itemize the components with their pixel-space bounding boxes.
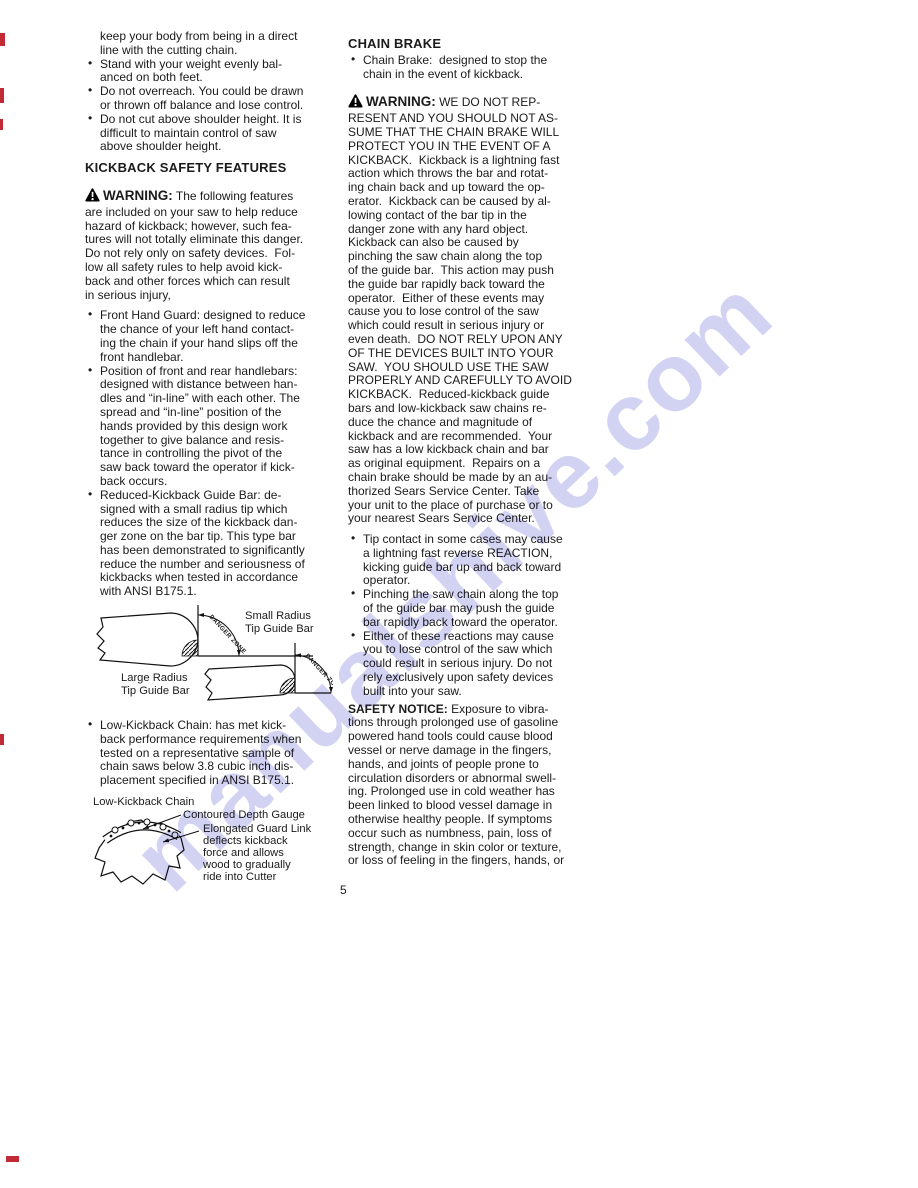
text-line: in serious injury,: [85, 289, 337, 303]
text-line: SAW. YOU SHOULD USE THE SAW: [348, 361, 600, 375]
text-line: reduces the size of the kickback dan-: [100, 516, 337, 530]
text-line: your nearest Sears Service Center.: [348, 512, 600, 526]
text-line: thorized Sears Service Center. Take: [348, 485, 600, 499]
guard-link-label-line3: force and allows: [203, 847, 284, 859]
paragraph-continuation: keep your body from being in a directlin…: [85, 30, 337, 58]
depth-gauge-label: Contoured Depth Gauge: [183, 809, 305, 821]
text-line: saw back toward the operator if kick-: [100, 461, 337, 475]
text-line: duce the chance and magnitude of: [348, 416, 600, 430]
text-line: vessel or nerve damage in the fingers,: [348, 744, 600, 758]
text-line: lowing contact of the bar tip in the: [348, 209, 600, 223]
text-line: reduce the number and seriousness of: [100, 558, 337, 572]
text-line: WARNING: The following features: [85, 188, 337, 206]
text-line: Front Hand Guard: designed to reduce: [100, 309, 337, 323]
text-line: erator. Kickback can be caused by al-: [348, 195, 600, 209]
section-heading: KICKBACK SAFETY FEATURES: [85, 161, 337, 175]
bullet-item: •Pinching the saw chain along the topof …: [348, 588, 600, 629]
text-line: ger zone on the bar tip. This type bar: [100, 530, 337, 544]
notice-block: SAFETY NOTICE: Exposure to vibra-tions t…: [348, 703, 600, 869]
text-line: Position of front and rear handlebars:: [100, 365, 337, 379]
text-line: Kickback can also be caused by: [348, 236, 600, 250]
text-line: are included on your saw to help reduce: [85, 206, 337, 220]
bullet-marker: •: [351, 587, 355, 601]
text-line: back occurs.: [100, 475, 337, 489]
bullet-item: •Position of front and rear handlebars:d…: [85, 365, 337, 489]
text-line: PROTECT YOU IN THE EVENT OF A: [348, 140, 600, 154]
text-line: the chance of your left hand contact-: [100, 323, 337, 337]
text-line: Pinching the saw chain along the top: [363, 588, 600, 602]
text-line: KICKBACK. Reduced-kickback guide: [348, 388, 600, 402]
text-line: ing chain back and up toward the op-: [348, 181, 600, 195]
warning-block: WARNING: WE DO NOT REP-RESENT AND YOU SH…: [348, 94, 600, 526]
page-number: 5: [340, 883, 347, 897]
manual-page: manualshive.com keep your body from bein…: [0, 0, 918, 1188]
bullet-marker: •: [351, 53, 355, 67]
text-line: bar rapidly back toward the operator.: [363, 616, 600, 630]
text-line: WE DO NOT REP-: [436, 95, 540, 109]
text-line: the guide bar rapidly back toward the: [348, 278, 600, 292]
guard-link-label-line1: Elongated Guard Link: [203, 823, 312, 835]
text-line: RESENT AND YOU SHOULD NOT AS-: [348, 112, 600, 126]
warning-label: WARNING:: [103, 188, 173, 203]
text-line: otherwise healthy people. If symptoms: [348, 813, 600, 827]
text-line: tested on a representative sample of: [100, 747, 337, 761]
bullet-item: •Tip contact in some cases may causea li…: [348, 533, 600, 588]
text-line: kickbacks when tested in accordance: [100, 571, 337, 585]
text-line: Do not overreach. You could be drawn: [100, 85, 337, 99]
right-column: CHAIN BRAKE•Chain Brake: designed to sto…: [348, 30, 600, 868]
text-line: OF THE DEVICES BUILT INTO YOUR: [348, 347, 600, 361]
text-line: tions through prolonged use of gasoline: [348, 716, 600, 730]
text-line: kicking guide bar up and back toward: [363, 561, 600, 575]
bullet-marker: •: [88, 57, 92, 71]
text-line: Reduced-Kickback Guide Bar: de-: [100, 489, 337, 503]
text-line: dles and “in-line” with each other. The: [100, 392, 337, 406]
text-line: operator.: [363, 574, 600, 588]
text-line: has been demonstrated to significantly: [100, 544, 337, 558]
bullet-marker: •: [88, 718, 92, 732]
text-line: back performance requirements when: [100, 733, 337, 747]
left-column: keep your body from being in a directlin…: [85, 30, 337, 900]
text-line: chain brake should be made by an au-: [348, 471, 600, 485]
bullet-item: •Stand with your weight evenly bal-anced…: [85, 58, 337, 86]
text-line: of the guide bar may push the guide: [363, 602, 600, 616]
text-line: SUME THAT THE CHAIN BRAKE WILL: [348, 126, 600, 140]
guard-link-label-line2: deflects kickback: [203, 835, 288, 847]
text-line: KICKBACK. Kickback is a lightning fast: [348, 154, 600, 168]
text-line: occur such as numbness, pain, loss of: [348, 827, 600, 841]
text-line: cause you to lose control of the saw: [348, 305, 600, 319]
text-line: together to give balance and resis-: [100, 434, 337, 448]
small-radius-label-line2: Tip Guide Bar: [245, 623, 314, 635]
section-heading: CHAIN BRAKE: [348, 37, 600, 51]
text-line: Exposure to vibra-: [448, 702, 549, 716]
bullet-marker: •: [351, 629, 355, 643]
text-line: PROPERLY AND CAREFULLY TO AVOID: [348, 374, 600, 388]
text-line: pinching the saw chain along the top: [348, 250, 600, 264]
guard-link-label-line4: wood to gradually: [202, 859, 291, 871]
text-line: kickback and are recommended. Your: [348, 430, 600, 444]
text-line: placement specified in ANSI B175.1.: [100, 774, 337, 788]
bullet-item: •Reduced-Kickback Guide Bar: de-signed w…: [85, 489, 337, 599]
text-line: a lightning fast reverse REACTION,: [363, 547, 600, 561]
bullet-item: •Do not cut above shoulder height. It is…: [85, 113, 337, 154]
text-line: bars and low-kickback saw chains re-: [348, 402, 600, 416]
large-radius-label-line2: Tip Guide Bar: [121, 685, 190, 697]
text-line: Do not cut above shoulder height. It is: [100, 113, 337, 127]
danger-zone-label: DANGER ZONE: [208, 614, 248, 656]
bullet-item: •Front Hand Guard: designed to reducethe…: [85, 309, 337, 364]
text-line: Low-Kickback Chain: has met kick-: [100, 719, 337, 733]
text-line: which could result in serious injury or: [348, 319, 600, 333]
bullet-item: •Chain Brake: designed to stop thechain …: [348, 54, 600, 82]
text-line: chain in the event of kickback.: [363, 68, 600, 82]
text-line: with ANSI B175.1.: [100, 585, 337, 599]
text-line: operator. Either of these events may: [348, 292, 600, 306]
bullet-marker: •: [351, 532, 355, 546]
text-line: above shoulder height.: [100, 140, 337, 154]
notice-label: SAFETY NOTICE:: [348, 702, 448, 716]
scan-artifact-mark: [0, 119, 3, 130]
scan-artifact-mark: [0, 33, 5, 46]
text-line: strength, change in skin color or textur…: [348, 841, 600, 855]
bullet-marker: •: [88, 112, 92, 126]
text-line: you to lose control of the saw which: [363, 643, 600, 657]
text-line: hands provided by this design work: [100, 420, 337, 434]
text-line: anced on both feet.: [100, 71, 337, 85]
text-line: signed with a small radius tip which: [100, 503, 337, 517]
text-line: could result in serious injury. Do not: [363, 657, 600, 671]
chain-segment-drawing: [95, 819, 184, 884]
bullet-item: •Either of these reactions may causeyou …: [348, 630, 600, 699]
text-line: your unit to the place of purchase or to: [348, 499, 600, 513]
text-line: difficult to maintain control of saw: [100, 127, 337, 141]
text-line: hands, and joints of people prone to: [348, 758, 600, 772]
text-line: line with the cutting chain.: [100, 44, 337, 58]
bullet-marker: •: [88, 488, 92, 502]
bullet-item: •Do not overreach. You could be drawnor …: [85, 85, 337, 113]
text-line: front handlebar.: [100, 351, 337, 365]
warning-block: WARNING: The following featuresare inclu…: [85, 188, 337, 302]
text-line: as original equipment. Repairs on a: [348, 457, 600, 471]
warning-icon: [348, 94, 363, 112]
text-line: spread and “in-line” position of the: [100, 406, 337, 420]
warning-label: WARNING:: [366, 94, 436, 109]
text-line: hazard of kickback; however, such fea-: [85, 220, 337, 234]
text-line: Chain Brake: designed to stop the: [363, 54, 600, 68]
text-line: designed with distance between han-: [100, 378, 337, 392]
scan-artifact-mark: [0, 734, 4, 745]
text-line: chain saws below 3.8 cubic inch dis-: [100, 760, 337, 774]
text-line: circulation disorders or abnormal swell-: [348, 772, 600, 786]
low-kickback-chain-diagram: Low-Kickback Chain Contoured Depth Gauge…: [85, 792, 337, 892]
scan-artifact-mark: [6, 1156, 19, 1162]
large-radius-label-line1: Large Radius: [121, 672, 188, 684]
text-line: of the guide bar. This action may push: [348, 264, 600, 278]
chain-diagram-title: Low-Kickback Chain: [93, 796, 194, 808]
small-radius-label-line1: Small Radius: [245, 610, 311, 622]
text-line: ing the chain if your hand slips off the: [100, 337, 337, 351]
text-line: The following features: [173, 189, 294, 203]
text-line: Stand with your weight evenly bal-: [100, 58, 337, 72]
text-line: been linked to blood vessel damage in: [348, 799, 600, 813]
text-line: SAFETY NOTICE: Exposure to vibra-: [348, 703, 600, 717]
text-line: action which throws the bar and rotat-: [348, 167, 600, 181]
bullet-item: •Low-Kickback Chain: has met kick-back p…: [85, 719, 337, 788]
text-line: WARNING: WE DO NOT REP-: [348, 94, 600, 112]
bullet-marker: •: [88, 84, 92, 98]
text-line: ing. Prolonged use in cold weather has: [348, 785, 600, 799]
bullet-marker: •: [88, 308, 92, 322]
danger-zone-label: DANGER ZONE: [304, 653, 333, 695]
text-line: or thrown off balance and lose control.: [100, 99, 337, 113]
scan-artifact-mark: [0, 88, 4, 103]
text-line: Either of these reactions may cause: [363, 630, 600, 644]
text-line: tance in controlling the pivot of the: [100, 447, 337, 461]
text-line: built into your saw.: [363, 685, 600, 699]
text-line: back and other forces which can result: [85, 275, 337, 289]
warning-icon: [85, 188, 100, 206]
bullet-marker: •: [88, 364, 92, 378]
text-line: powered hand tools could cause blood: [348, 730, 600, 744]
small-radius-bar-shape: DANGER ZONE: [205, 643, 333, 700]
text-line: tures will not totally eliminate this da…: [85, 233, 337, 247]
text-line: Do not rely only on safety devices. Fol-: [85, 247, 337, 261]
text-line: even death. DO NOT RELY UPON ANY: [348, 333, 600, 347]
text-line: or loss of feeling in the fingers, hands…: [348, 854, 600, 868]
text-line: low all safety rules to help avoid kick-: [85, 261, 337, 275]
text-line: danger zone with any hard object.: [348, 223, 600, 237]
text-line: Tip contact in some cases may cause: [363, 533, 600, 547]
text-line: keep your body from being in a direct: [100, 30, 337, 44]
text-line: rely exclusively upon safety devices: [363, 671, 600, 685]
text-line: saw has a low kickback chain and bar: [348, 443, 600, 457]
guard-link-label-line5: ride into Cutter: [203, 871, 277, 883]
guide-bar-danger-zone-diagram: DANGER ZONE DANGER ZONE Small Radius Tip…: [85, 603, 337, 711]
